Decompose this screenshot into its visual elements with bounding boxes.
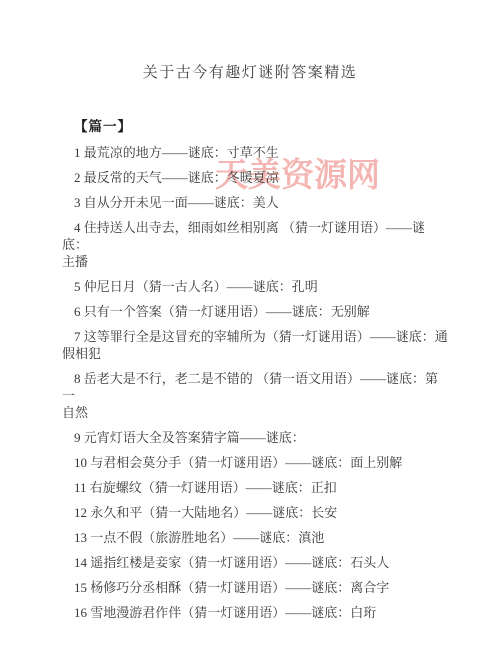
- riddle-item: 10 与君相会莫分手（猜一灯谜用语）——谜底：面上别解: [62, 454, 450, 471]
- riddle-line: 6 只有一个答案（猜一灯谜用语）——谜底：无别解: [62, 303, 450, 320]
- riddle-item: 9 元宵灯语大全及答案猜字篇——谜底：: [62, 429, 450, 446]
- riddle-item: 6 只有一个答案（猜一灯谜用语）——谜底：无别解: [62, 303, 450, 320]
- riddle-line: 16 雪地漫游君作伴（猜一灯谜用语）——谜底：白珩: [62, 604, 450, 621]
- riddle-item: 13 一点不假（旅游胜地名）——谜底：滇池: [62, 529, 450, 546]
- section-header: 【篇一】: [62, 118, 450, 135]
- riddle-line: 9 元宵灯语大全及答案猜字篇——谜底：: [62, 429, 450, 446]
- riddle-line: 14 遥指红楼是妾家（猜一灯谜用语）——谜底：石头人: [62, 554, 450, 571]
- riddle-line: 13 一点不假（旅游胜地名）——谜底：滇池: [62, 529, 450, 546]
- riddle-item: 5 仲尼日月（猜一古人名）——谜底：孔明: [62, 278, 450, 295]
- riddle-item: 14 遥指红楼是妾家（猜一灯谜用语）——谜底：石头人: [62, 554, 450, 571]
- riddle-item: 15 杨修巧分丞相酥（猜一灯谜用语）——谜底：离合字: [62, 579, 450, 596]
- riddle-item: 11 右旋螺纹（猜一灯谜用语）——谜底：正扣: [62, 479, 450, 496]
- riddle-line: 12 永久和平（猜一大陆地名）——谜底：长安: [62, 504, 450, 521]
- riddle-item: 4 住持送人出寺去，细雨如丝相别离 （猜一灯谜用语）——谜底： 主播: [62, 219, 450, 270]
- riddle-line: 主播: [62, 253, 450, 270]
- riddle-item: 1 最荒凉的地方——谜底：寸草不生: [62, 144, 450, 161]
- page-title: 关于古今有趣灯谜附答案精选: [0, 0, 500, 83]
- riddle-line: 7 这等罪行全是这冒充的宰辅所为（猜一灯谜用语）——谜底：通: [62, 328, 450, 345]
- riddle-item: 3 自从分开未见一面——谜底：美人: [62, 194, 450, 211]
- riddle-item: 8 岳老大是不行，老二是不错的 （猜一语文用语）——谜底：第一 自然: [62, 370, 450, 421]
- riddle-line: 5 仲尼日月（猜一古人名）——谜底：孔明: [62, 278, 450, 295]
- riddle-line: 2 最反常的天气——谜底：冬暖夏凉: [62, 169, 450, 186]
- riddle-item: 7 这等罪行全是这冒充的宰辅所为（猜一灯谜用语）——谜底：通 假相犯: [62, 328, 450, 362]
- riddle-line: 自然: [62, 404, 450, 421]
- riddle-item: 16 雪地漫游君作伴（猜一灯谜用语）——谜底：白珩: [62, 604, 450, 621]
- document-body: 【篇一】 1 最荒凉的地方——谜底：寸草不生 2 最反常的天气——谜底：冬暖夏凉…: [0, 118, 500, 621]
- riddle-line: 3 自从分开未见一面——谜底：美人: [62, 194, 450, 211]
- riddle-line: 4 住持送人出寺去，细雨如丝相别离 （猜一灯谜用语）——谜底：: [62, 219, 450, 253]
- riddle-item: 12 永久和平（猜一大陆地名）——谜底：长安: [62, 504, 450, 521]
- riddle-line: 15 杨修巧分丞相酥（猜一灯谜用语）——谜底：离合字: [62, 579, 450, 596]
- riddle-line: 10 与君相会莫分手（猜一灯谜用语）——谜底：面上别解: [62, 454, 450, 471]
- riddle-item: 2 最反常的天气——谜底：冬暖夏凉: [62, 169, 450, 186]
- document-page: 天美资源网 关于古今有趣灯谜附答案精选 【篇一】 1 最荒凉的地方——谜底：寸草…: [0, 0, 500, 648]
- riddle-line: 假相犯: [62, 345, 450, 362]
- riddle-line: 8 岳老大是不行，老二是不错的 （猜一语文用语）——谜底：第一: [62, 370, 450, 404]
- riddle-line: 11 右旋螺纹（猜一灯谜用语）——谜底：正扣: [62, 479, 450, 496]
- riddle-line: 1 最荒凉的地方——谜底：寸草不生: [62, 144, 450, 161]
